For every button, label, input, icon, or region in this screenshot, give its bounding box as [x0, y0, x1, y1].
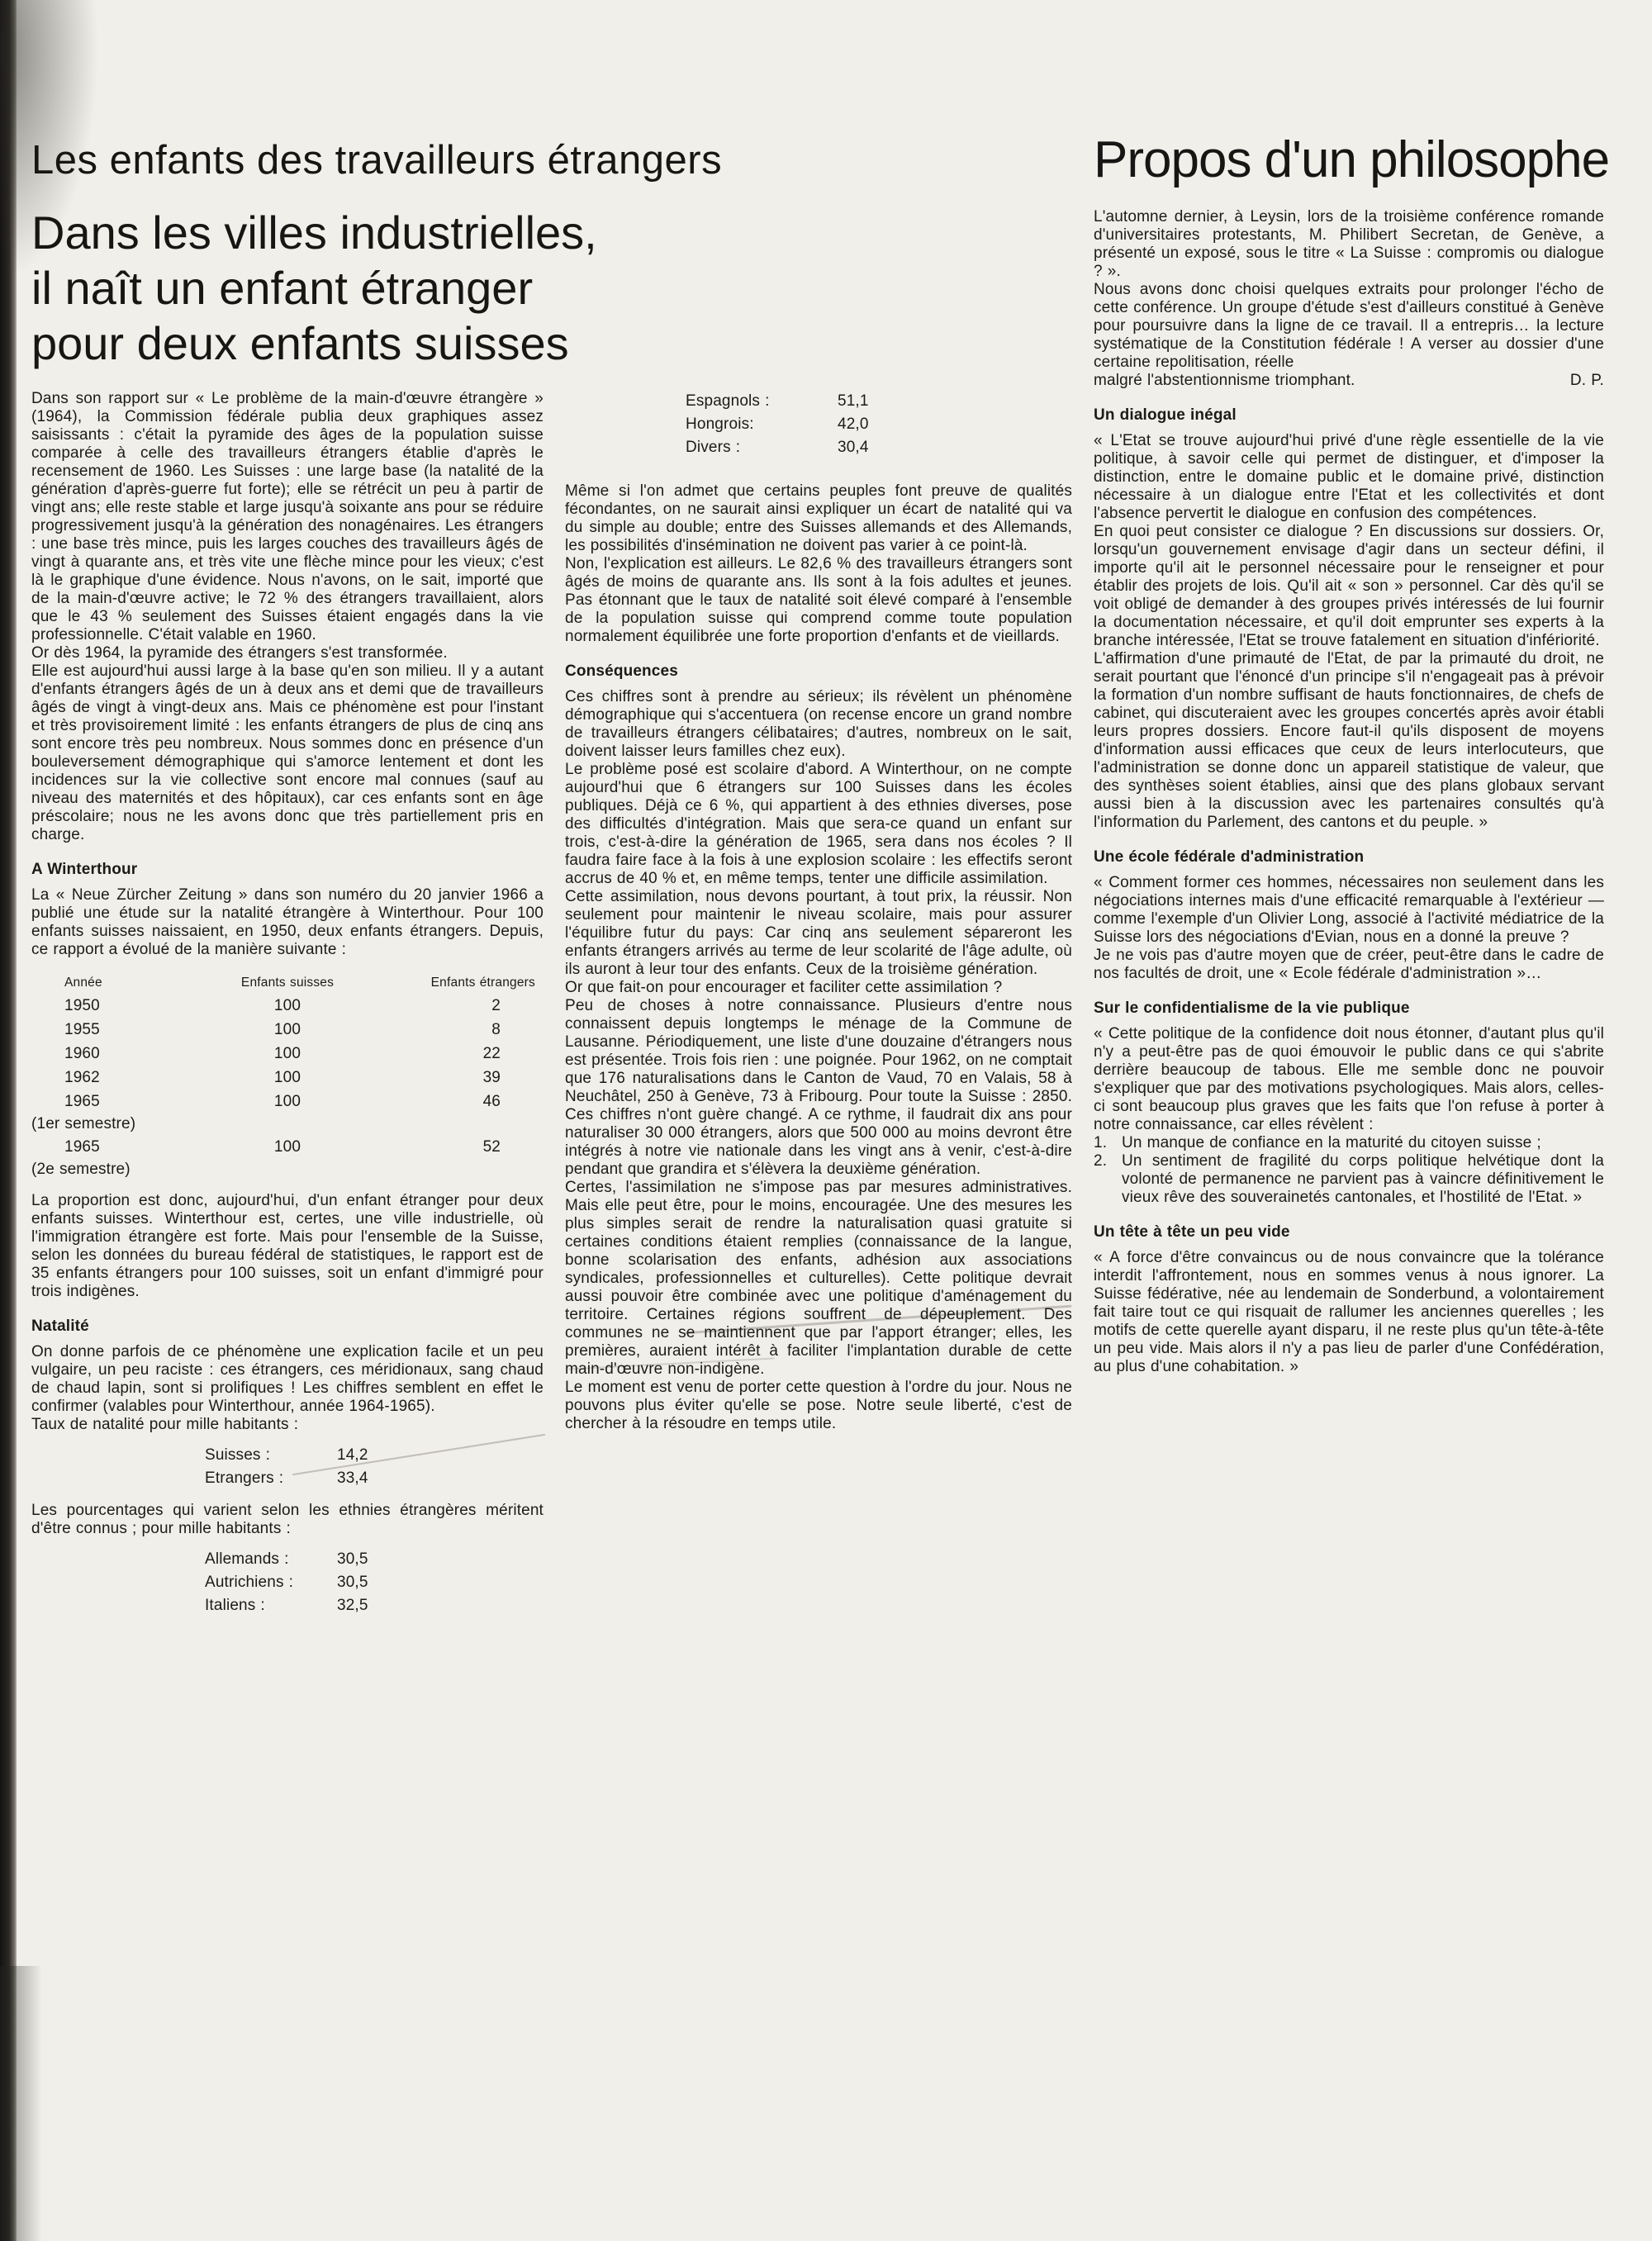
author-initials: D. P. — [1570, 372, 1604, 390]
paragraph: La « Neue Zürcher Zeitung » dans son num… — [31, 886, 544, 959]
item-text: Un manque de confiance en la maturité du… — [1122, 1134, 1604, 1152]
column-right: L'automne dernier, à Leysin, lors de la … — [1094, 208, 1604, 1376]
item-number: 1. — [1094, 1134, 1122, 1152]
rate-value: 14,2 — [337, 1444, 368, 1467]
natality-table: Année Enfants suisses Enfants étrangers … — [31, 972, 544, 1180]
cell-foreign: 22 — [403, 1042, 544, 1066]
paragraph: Les pourcentages qui varient selon les e… — [31, 1502, 544, 1538]
paragraph: En quoi peut consister ce dialogue ? En … — [1094, 523, 1604, 650]
table-row: 1950 100 2 — [31, 994, 544, 1018]
paragraph: Certes, l'assimilation ne s'impose pas p… — [565, 1179, 1072, 1379]
paragraph: Même si l'on admet que certains peuples … — [565, 482, 1072, 555]
table-note-first-semester: (1er semestre) — [31, 1113, 544, 1135]
paragraph: Dans son rapport sur « Le problème de la… — [31, 390, 544, 644]
philosopher-article-headline: Propos d'un philosophe — [1094, 131, 1609, 189]
cell-year: 1950 — [31, 994, 172, 1018]
headline-line-1: Dans les villes industrielles, — [31, 205, 597, 260]
table-note-second-semester: (2e semestre) — [31, 1159, 544, 1180]
paragraph: L'automne dernier, à Leysin, lors de la … — [1094, 208, 1604, 281]
rate-value: 30,5 — [337, 1548, 368, 1571]
rate-row: Hongrois: 42,0 — [686, 413, 1072, 436]
cell-swiss: 100 — [172, 1042, 403, 1066]
paragraph: On donne parfois de ce phénomène une exp… — [31, 1343, 544, 1416]
article-headline: Dans les villes industrielles, il naît u… — [31, 205, 597, 371]
rate-label: Italiens : — [205, 1594, 337, 1617]
numbered-item-2: 2. Un sentiment de fragilité du corps po… — [1094, 1152, 1604, 1207]
ethnies-rates-list: Allemands : 30,5 Autrichiens : 30,5 Ital… — [31, 1548, 544, 1617]
rate-label: Suisses : — [205, 1444, 337, 1467]
column-middle: Espagnols : 51,1 Hongrois: 42,0 Divers :… — [565, 390, 1072, 1433]
rate-value: 33,4 — [337, 1467, 368, 1490]
scan-smudge-bottom-left — [0, 1966, 53, 2241]
cell-swiss: 100 — [172, 1066, 403, 1090]
rate-value: 42,0 — [838, 413, 869, 436]
cell-foreign: 52 — [403, 1135, 544, 1159]
paragraph: Le problème posé est scolaire d'abord. A… — [565, 761, 1072, 888]
paragraph: Cette assimilation, nous devons pourtant… — [565, 888, 1072, 979]
section-heading-natalite: Natalité — [31, 1318, 544, 1336]
cell-year: 1960 — [31, 1042, 172, 1066]
rate-row: Italiens : 32,5 — [205, 1594, 544, 1617]
rate-label: Divers : — [686, 436, 838, 459]
cell-year: 1965 — [31, 1135, 172, 1159]
paragraph: « A force d'être convaincus ou de nous c… — [1094, 1249, 1604, 1376]
article-kicker: Les enfants des travailleurs étrangers — [31, 137, 722, 183]
paragraph: Or que fait-on pour encourager et facili… — [565, 979, 1072, 997]
table-row: 1962 100 39 — [31, 1066, 544, 1090]
cell-year: 1965 — [31, 1090, 172, 1113]
ethnies-rates-list-continued: Espagnols : 51,1 Hongrois: 42,0 Divers :… — [565, 390, 1072, 459]
cell-foreign: 2 — [403, 994, 544, 1018]
table-row: 1965 100 46 — [31, 1090, 544, 1113]
rate-label: Autrichiens : — [205, 1571, 337, 1594]
paragraph: Non, l'explication est ailleurs. Le 82,6… — [565, 555, 1072, 646]
section-heading-tete-a-tete: Un tête à tête un peu vide — [1094, 1223, 1604, 1242]
table-header-row: Année Enfants suisses Enfants étrangers — [31, 972, 544, 994]
rate-value: 30,5 — [337, 1571, 368, 1594]
rate-value: 51,1 — [838, 390, 869, 413]
natality-rates-list: Suisses : 14,2 Etrangers : 33,4 — [31, 1444, 544, 1490]
cell-swiss: 100 — [172, 994, 403, 1018]
headline-line-2: il naît un enfant étranger — [31, 260, 597, 316]
rate-value: 30,4 — [838, 436, 869, 459]
signature-line: malgré l'abstentionnisme triomphant. D. … — [1094, 372, 1604, 390]
rate-row: Espagnols : 51,1 — [686, 390, 1072, 413]
scan-gutter-strip — [0, 0, 17, 2241]
table-row: 1960 100 22 — [31, 1042, 544, 1066]
rate-label: Allemands : — [205, 1548, 337, 1571]
paragraph: Ces chiffres sont à prendre au sérieux; … — [565, 688, 1072, 761]
cell-swiss: 100 — [172, 1018, 403, 1042]
paragraph: Elle est aujourd'hui aussi large à la ba… — [31, 662, 544, 844]
section-heading-ecole-federale: Une école fédérale d'administration — [1094, 848, 1604, 866]
rate-label: Espagnols : — [686, 390, 838, 413]
paragraph: Or dès 1964, la pyramide des étrangers s… — [31, 644, 544, 662]
cell-swiss: 100 — [172, 1090, 403, 1113]
table-row: 1955 100 8 — [31, 1018, 544, 1042]
item-number: 2. — [1094, 1152, 1122, 1207]
rate-row: Divers : 30,4 — [686, 436, 1072, 459]
cell-year: 1962 — [31, 1066, 172, 1090]
rate-label: Etrangers : — [205, 1467, 337, 1490]
cell-foreign: 46 — [403, 1090, 544, 1113]
section-heading-confidentialisme: Sur le confidentialisme de la vie publiq… — [1094, 999, 1604, 1018]
rate-value: 32,5 — [337, 1594, 368, 1617]
rate-row: Autrichiens : 30,5 — [205, 1571, 544, 1594]
cell-swiss: 100 — [172, 1135, 403, 1159]
paragraph: Taux de natalité pour mille habitants : — [31, 1416, 544, 1434]
section-heading-consequences: Conséquences — [565, 662, 1072, 681]
newspaper-page: Les enfants des travailleurs étrangers D… — [0, 0, 1652, 2241]
rate-row: Allemands : 30,5 — [205, 1548, 544, 1571]
paragraph: L'affirmation d'une primauté de l'Etat, … — [1094, 650, 1604, 832]
table-header-swiss: Enfants suisses — [172, 972, 403, 994]
rate-label: Hongrois: — [686, 413, 838, 436]
paragraph: Peu de choses à notre connaissance. Plus… — [565, 997, 1072, 1179]
item-text: Un sentiment de fragilité du corps polit… — [1122, 1152, 1604, 1207]
table-row: 1965 100 52 — [31, 1135, 544, 1159]
paragraph: Je ne vois pas d'autre moyen que de crée… — [1094, 947, 1604, 983]
rate-row: Etrangers : 33,4 — [205, 1467, 544, 1490]
paragraph: « L'Etat se trouve aujourd'hui privé d'u… — [1094, 432, 1604, 523]
rate-row: Suisses : 14,2 — [205, 1444, 544, 1467]
headline-line-3: pour deux enfants suisses — [31, 316, 597, 371]
paragraph: La proportion est donc, aujourd'hui, d'u… — [31, 1192, 544, 1301]
column-left: Dans son rapport sur « Le problème de la… — [31, 390, 544, 1629]
paragraph: Nous avons donc choisi quelques extraits… — [1094, 281, 1604, 372]
table-header-year: Année — [31, 972, 172, 994]
numbered-item-1: 1. Un manque de confiance en la maturité… — [1094, 1134, 1604, 1152]
section-heading-dialogue-inegal: Un dialogue inégal — [1094, 406, 1604, 425]
paragraph: « Cette politique de la confidence doit … — [1094, 1025, 1604, 1134]
paragraph: « Comment former ces hommes, nécessaires… — [1094, 874, 1604, 947]
paragraph-last-line: malgré l'abstentionnisme triomphant. — [1094, 372, 1355, 390]
cell-foreign: 39 — [403, 1066, 544, 1090]
section-heading-winterthour: A Winterthour — [31, 861, 544, 879]
table-header-foreign: Enfants étrangers — [403, 972, 544, 994]
cell-year: 1955 — [31, 1018, 172, 1042]
paragraph: Le moment est venu de porter cette quest… — [565, 1379, 1072, 1433]
cell-foreign: 8 — [403, 1018, 544, 1042]
